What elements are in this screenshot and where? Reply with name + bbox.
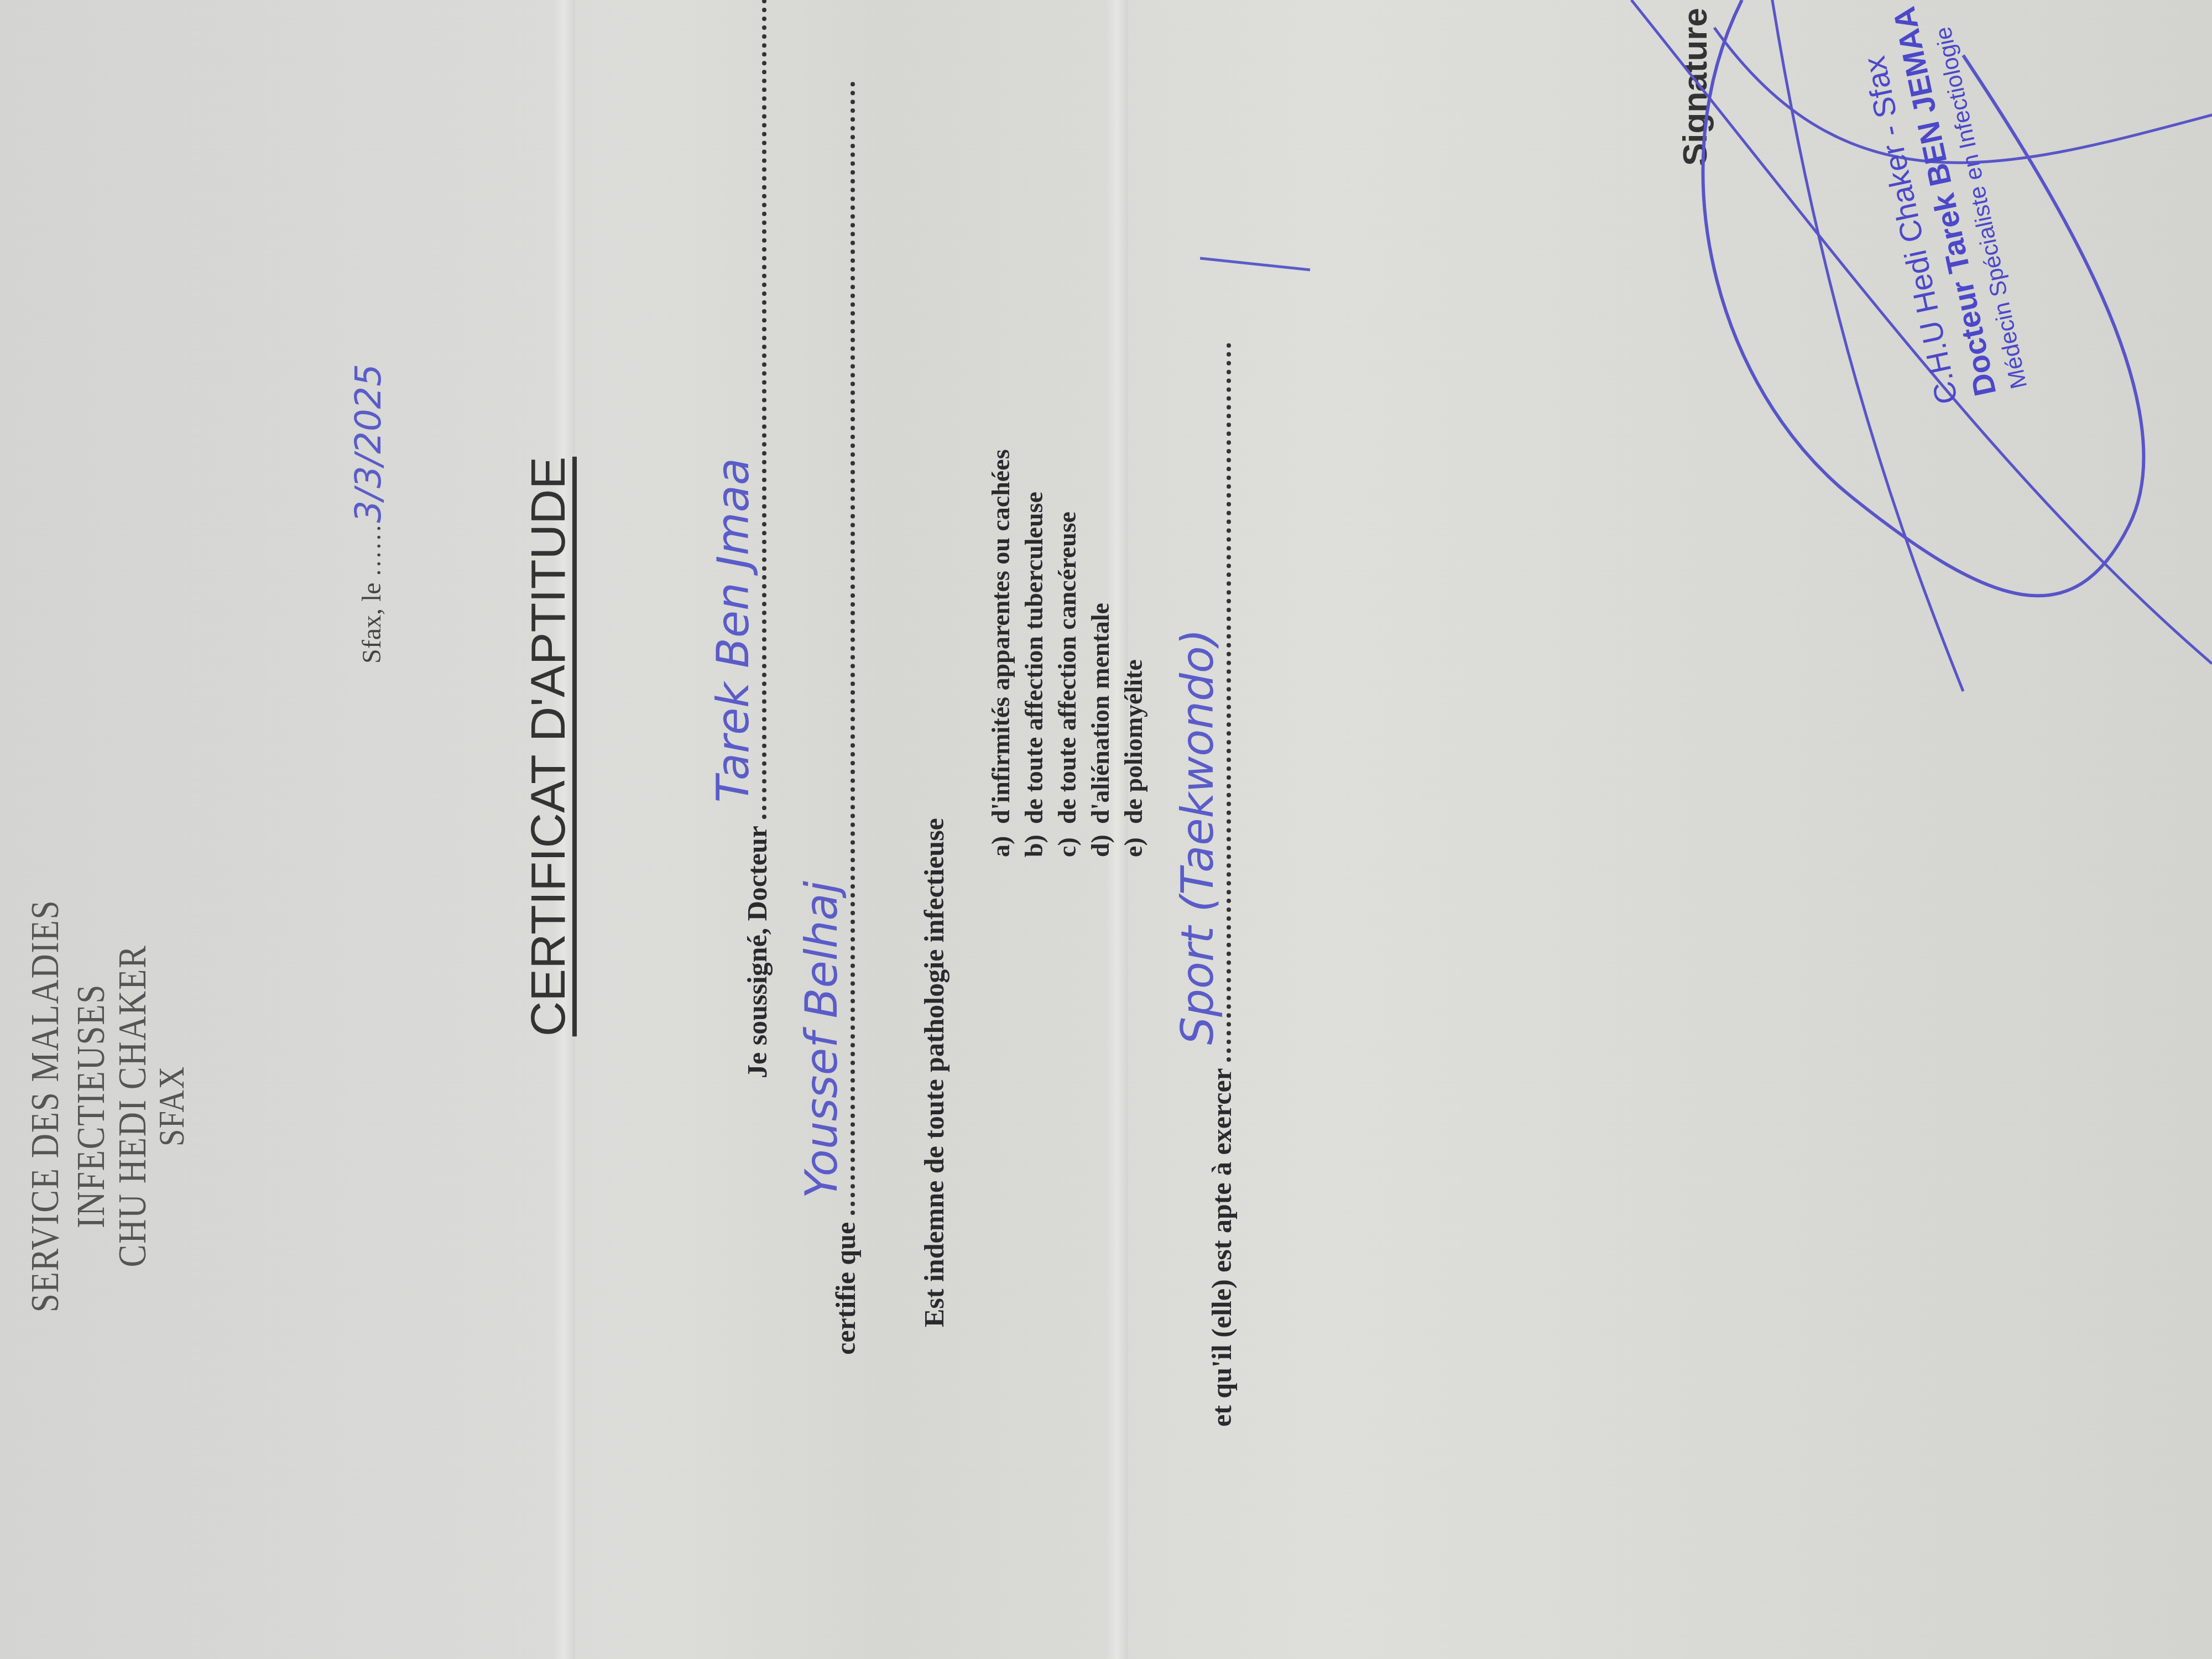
conditions-list: a)d'infirmités apparentes ou cachées b)d…	[984, 449, 1150, 857]
condition-item: b)de toute affection tuberculeuse	[1018, 449, 1051, 857]
condition-item: e)de poliomyélite	[1117, 449, 1150, 857]
letterhead-city: SFAX	[151, 777, 193, 1435]
aptitude-value-handwritten: Sport (Taekwondo)	[1172, 629, 1223, 1045]
certify-label: certifie que	[830, 1222, 861, 1355]
condition-item: a)d'infirmités apparentes ou cachées	[984, 449, 1018, 857]
document-title: CERTIFICAT D'APTITUDE	[520, 387, 576, 1106]
condition-item: c)de toute affection cancéreuse	[1051, 449, 1084, 857]
condition-item: d)d'aliénation mentale	[1084, 449, 1117, 857]
letterhead-service: SERVICE DES MALADIES INFECTIEUSES	[22, 777, 114, 1435]
doctor-label: Je soussigné, Docteur	[742, 826, 773, 1078]
letterhead: SERVICE DES MALADIES INFECTIEUSES CHU HE…	[22, 719, 193, 1493]
date-value: 3/3/2025	[348, 364, 389, 523]
certificate-page: SERVICE DES MALADIES INFECTIEUSES CHU HE…	[0, 0, 2212, 1659]
date-line: Sfax, le ......3/3/2025	[348, 364, 389, 664]
date-label: Sfax, le	[357, 576, 387, 664]
patient-name-handwritten: Youssef Belhaj	[796, 881, 847, 1198]
aptitude-label: et qu'il (elle) est apte à exercer	[1206, 1068, 1237, 1427]
certify-line: certifie que Youssef Belhaj	[830, 81, 862, 1355]
closing-parenthesis-stroke	[1200, 253, 1311, 272]
aptitude-line: et qu'il (elle) est apte à exercer Sport…	[1206, 343, 1238, 1427]
doctor-name-handwritten: Tarek Ben Jmaa	[707, 458, 759, 802]
letterhead-hospital: CHU HEDI CHAKER	[109, 777, 155, 1435]
doctor-line: Je soussigné, Docteur Tarek Ben Jmaa	[741, 0, 773, 1078]
indemne-statement: Est indemne de toute pathologie infectie…	[918, 818, 950, 1327]
